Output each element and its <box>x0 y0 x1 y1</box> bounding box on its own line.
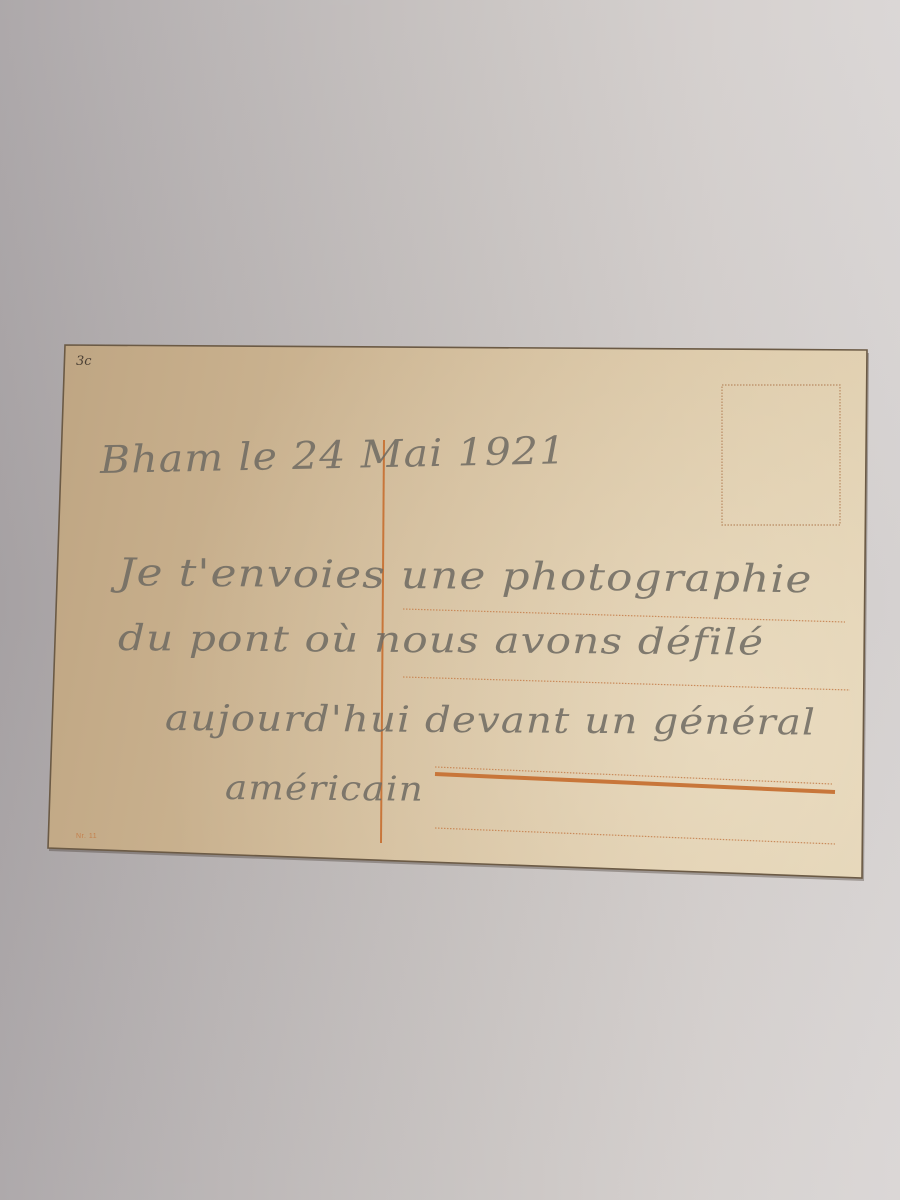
handwriting-line-2: Je t'envoies une photographie <box>118 550 813 601</box>
printer-mark: Nr. 11 <box>76 833 97 840</box>
handwriting-line-5: américain <box>225 768 424 810</box>
address-line-4 <box>435 828 835 844</box>
handwriting-line-3: du pont où nous avons défilé <box>118 618 765 664</box>
postcard-edge <box>48 345 867 878</box>
handwriting-line-4: aujourd'hui devant un général <box>165 698 816 744</box>
stamp-box <box>722 385 840 525</box>
address-line-solid <box>435 774 835 792</box>
address-line-2 <box>403 677 850 690</box>
corner-note: 3c <box>76 354 92 369</box>
